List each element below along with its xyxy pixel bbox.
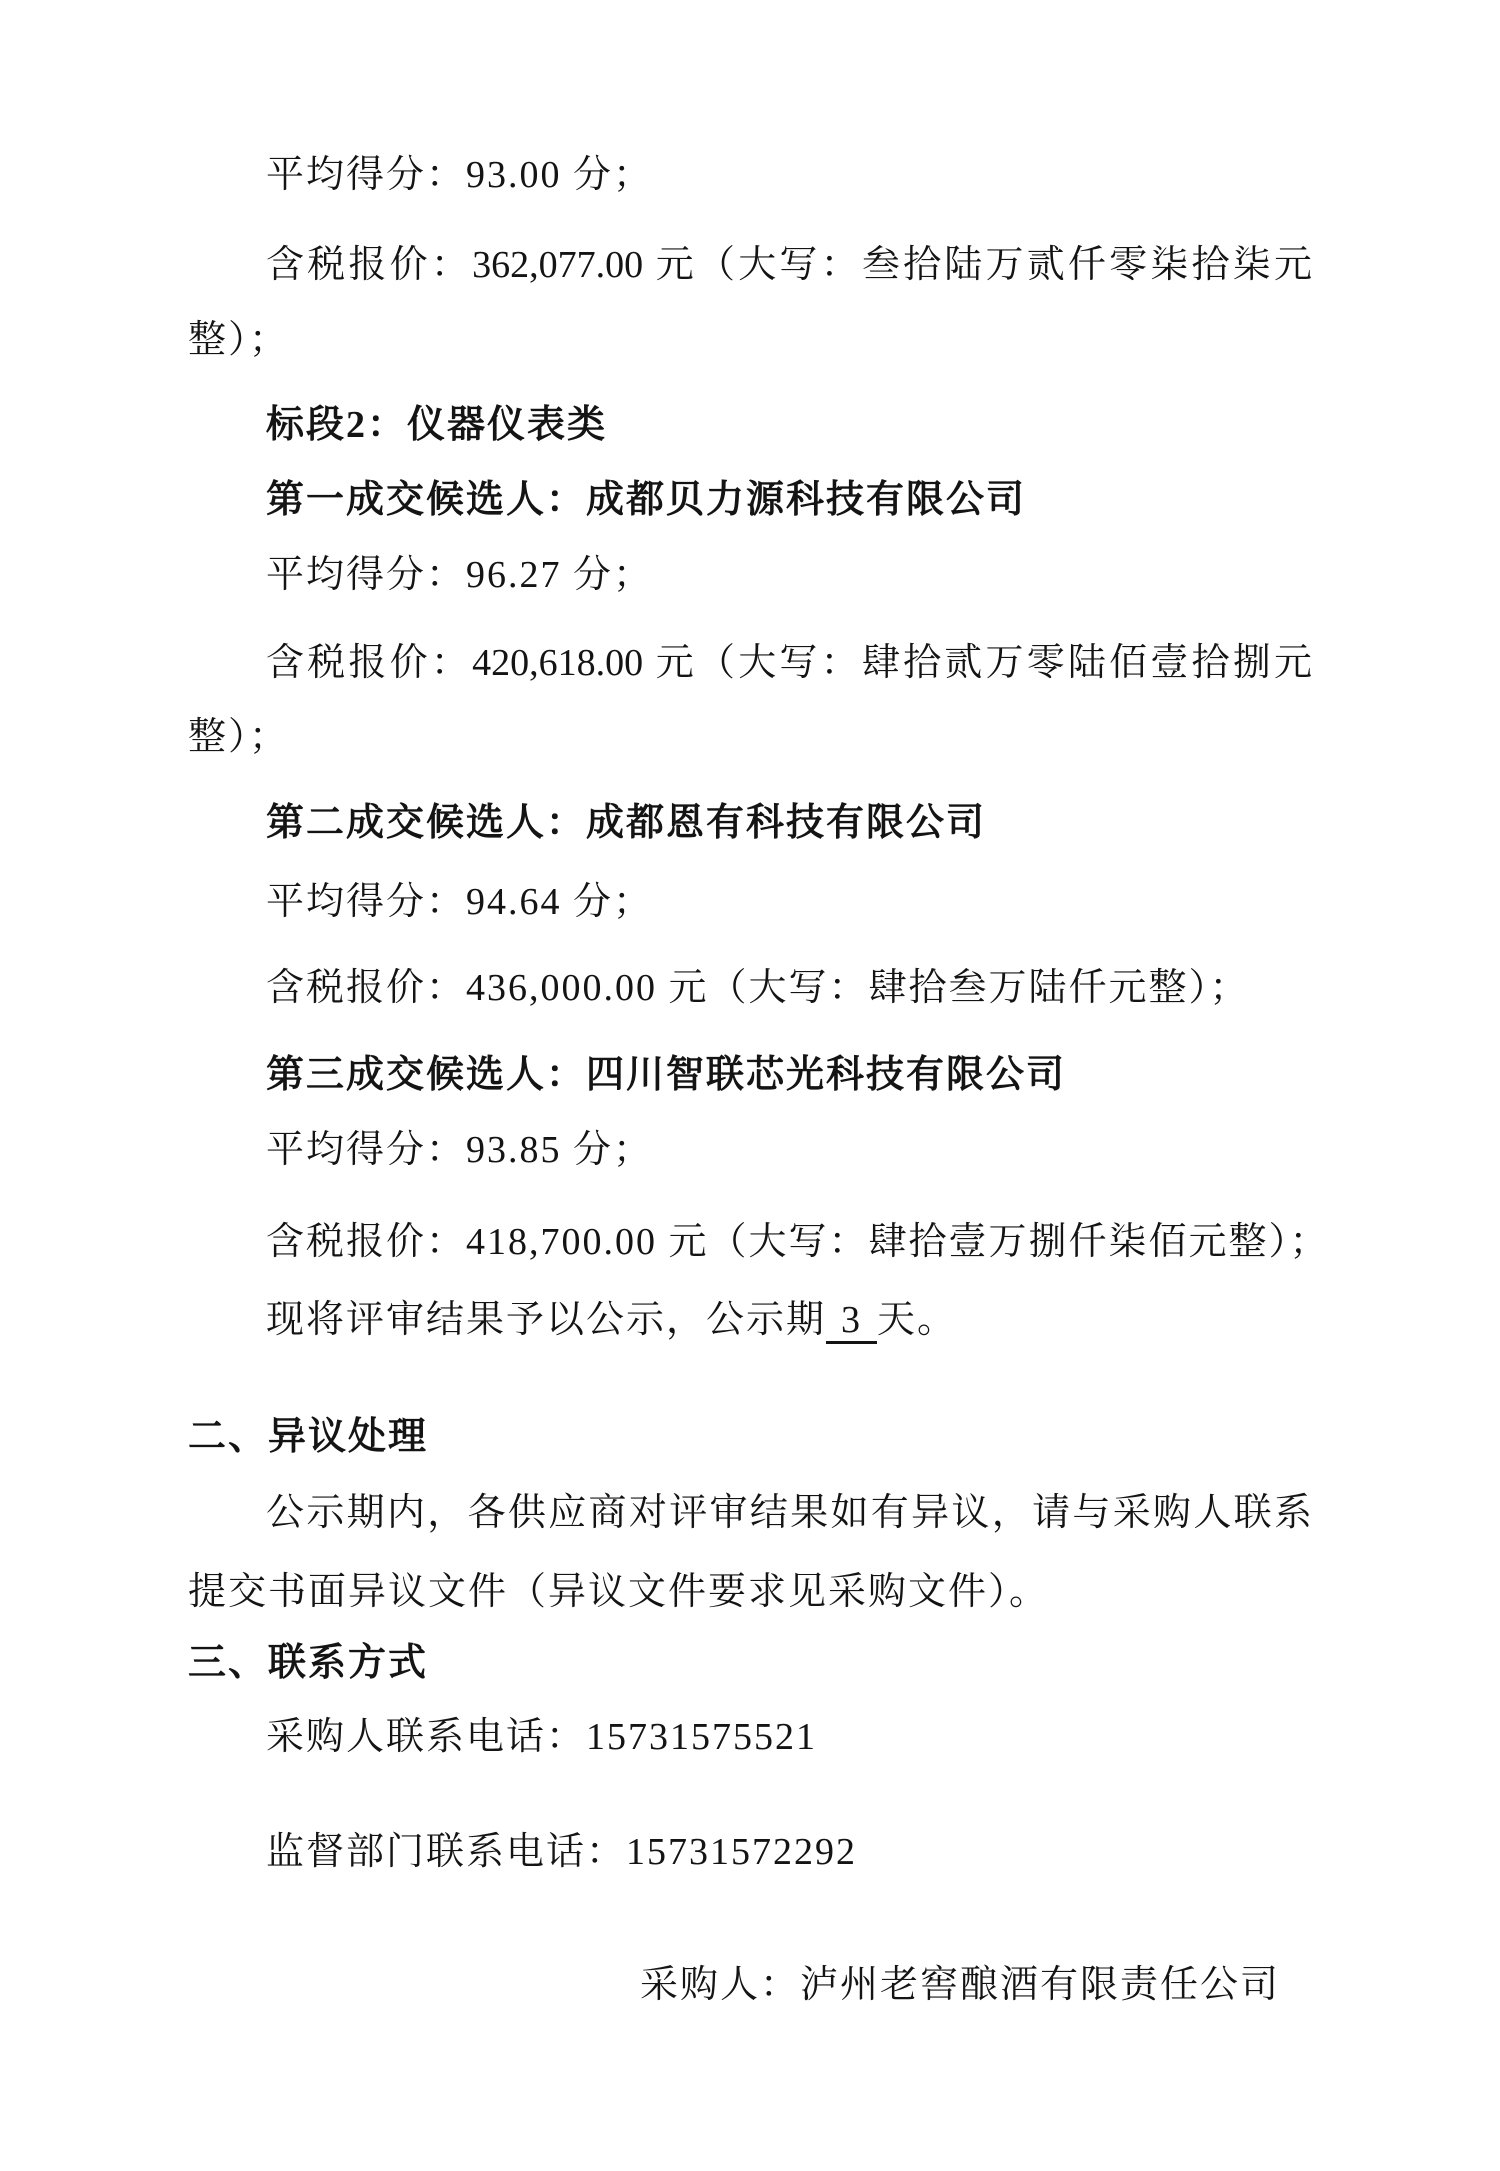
publicity-period-suffix: 天。	[877, 1299, 957, 1341]
publicity-period-prefix: 现将评审结果予以公示，公示期	[266, 1299, 826, 1341]
tax-price-wrap-candidate-1: 整）；	[188, 713, 289, 761]
avg-score-line-candidate-2: 平均得分：94.64 分；	[266, 878, 653, 926]
candidate-2-heading: 第二成交候选人：成都恩有科技有限公司	[266, 799, 986, 847]
candidate-1-heading: 第一成交候选人：成都贝力源科技有限公司	[266, 476, 1026, 524]
tax-price-line-candidate-1: 含税报价：420,618.00 元（大写：肆拾贰万零陆佰壹拾捌元	[266, 639, 1312, 687]
lot2-heading: 标段2：仪器仪表类	[266, 401, 607, 449]
objection-section-heading: 二、异议处理	[188, 1413, 428, 1461]
tax-price-line-candidate-2: 含税报价：436,000.00 元（大写：肆拾叁万陆仟元整）；	[266, 964, 1250, 1012]
avg-score-line-prev-candidate: 平均得分：93.00 分；	[266, 151, 653, 199]
candidate-3-heading: 第三成交候选人：四川智联芯光科技有限公司	[266, 1051, 1066, 1099]
objection-text-line-2: 提交书面异议文件（异议文件要求见采购文件）。	[188, 1568, 1049, 1616]
buyer-phone-line: 采购人联系电话：15731575521	[266, 1713, 817, 1761]
avg-score-line-candidate-1: 平均得分：96.27 分；	[266, 551, 653, 599]
publicity-days-blank: 3	[826, 1299, 877, 1344]
contact-section-heading: 三、联系方式	[188, 1639, 428, 1687]
objection-text-line-1: 公示期内，各供应商对评审结果如有异议，请与采购人联系	[266, 1489, 1312, 1537]
tax-price-wrap-prev-candidate: 整）；	[188, 316, 289, 364]
avg-score-line-candidate-3: 平均得分：93.85 分；	[266, 1126, 653, 1174]
tax-price-line-prev-candidate: 含税报价：362,077.00 元（大写：叁拾陆万贰仟零柒拾柒元	[266, 241, 1312, 289]
supervisor-phone-line: 监督部门联系电话：15731572292	[266, 1828, 857, 1876]
tax-price-line-candidate-3: 含税报价：418,700.00 元（大写：肆拾壹万捌仟柒佰元整）；	[266, 1218, 1330, 1266]
document-page: 平均得分：93.00 分； 含税报价：362,077.00 元（大写：叁拾陆万贰…	[0, 0, 1500, 2171]
buyer-signature-line: 采购人：泸州老窖酿酒有限责任公司	[640, 1961, 1280, 2009]
publicity-period-line: 现将评审结果予以公示，公示期3天。	[266, 1296, 957, 1344]
